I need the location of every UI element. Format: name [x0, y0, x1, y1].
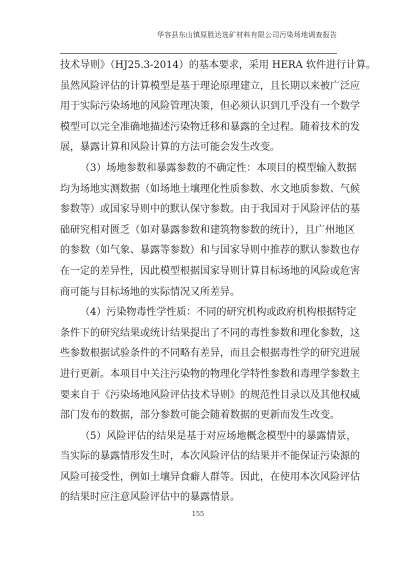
document-body: 技术导则》（HJ25.3-2014）的基本要求，采用 HERA 软件进行计算。 …	[60, 56, 337, 509]
paragraph-3-start: （3）场地参数和暴露参数的不确定性：本项目的模型输入数据	[60, 159, 337, 180]
text-line: 均为场地实测数据（如场地土壤理化性质参数、水文地质参数、气候	[60, 180, 337, 201]
text-line: 条件下的研究结果或统计结果提出了不同的毒性参数和理化参数，这	[60, 324, 337, 345]
text-line: 虽然风险评估的计算模型是基于理论原理建立，且长期以来被广泛应	[60, 77, 337, 98]
text-line: 部门发布的数据，部分参数可能会随着数据的更新而发生改变。	[60, 406, 337, 427]
text-line: 用于实际污染场地的风险管理决策，但必须认识到几乎没有一个数学	[60, 97, 337, 118]
text-line: 风险可接受性，例如土壤异食癖人群等。因此，在使用本次风险评估	[60, 468, 337, 489]
paragraph-4-start: （4）污染物毒性学性质：不同的研究机构或政府机构根据特定	[60, 303, 337, 324]
running-header: 华容县东山镇原胜达选矿材料有限公司污染场地调查报告	[60, 30, 337, 40]
text-line: 模型可以完全准确地描述污染物迁移和暴露的全过程。随着技术的发	[60, 118, 337, 139]
text-line: 进行更新。本项目中关注污染物的物理化学特性参数和毒理学参数主	[60, 365, 337, 386]
text-line: 商可能与目标场地的实际情况又所差异。	[60, 283, 337, 304]
text-line: 些参数根据试验条件的不同略有差异，而且会根据毒性学的研究进展	[60, 344, 337, 365]
text-line: 展，暴露计算和风险计算的方法可能会发生改变。	[60, 138, 337, 159]
text-line: 础研究相对匮乏（如对暴露参数和建筑物参数的统计），且广州地区	[60, 221, 337, 242]
text-line: 当实际的暴露情形发生时，本次风险评估的结果并不能保证污染源的	[60, 447, 337, 468]
text-line: 的结果时应注意风险评估中的暴露情景。	[60, 488, 337, 509]
text-line: 的参数（如气象、暴露等参数）和与国家导则中推荐的默认参数也存	[60, 241, 337, 262]
paragraph-5-start: （5）风险评估的结果是基于对应场地概念模型中的暴露情景，	[60, 427, 337, 448]
header-rule	[60, 53, 337, 54]
text-line: 要来自于《污染场地风险评估技术导则》的规范性目录以及其他权威	[60, 386, 337, 407]
text-line: 在一定的差异性，因此模型根据国家导则计算目标场地的风险或危害	[60, 262, 337, 283]
page-number: 155	[0, 510, 396, 518]
text-line: 技术导则》（HJ25.3-2014）的基本要求，采用 HERA 软件进行计算。	[60, 56, 337, 77]
text-line: 参数等）或国家导则中的默认保守参数。由于我国对于风险评估的基	[60, 200, 337, 221]
